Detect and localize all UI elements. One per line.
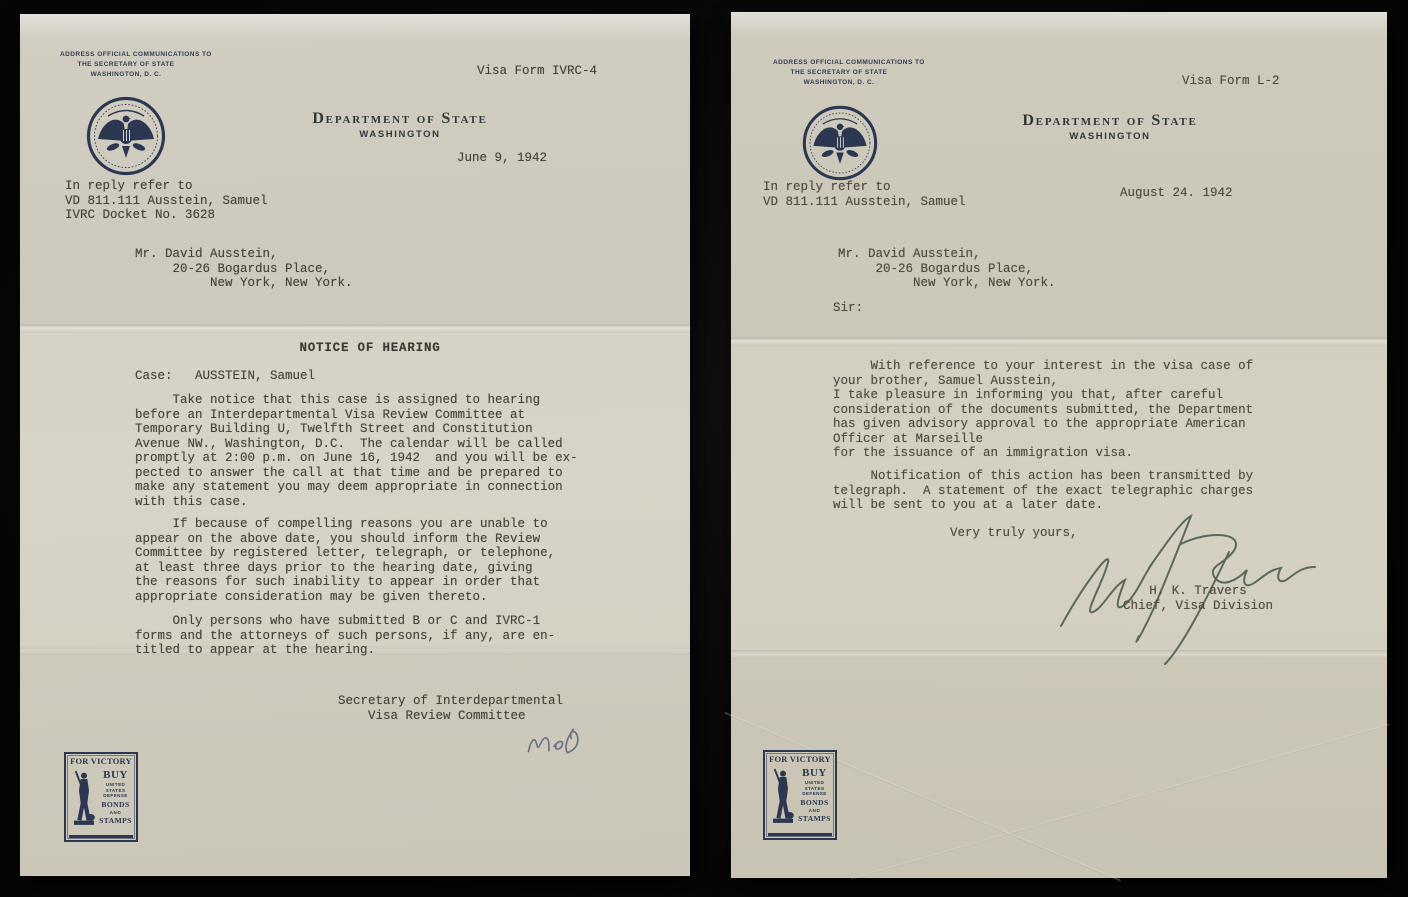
stamp-and: AND <box>99 810 132 815</box>
reference-block: In reply refer to VD 811.111 Ausstein, S… <box>65 179 268 223</box>
victory-stamp: FOR VICTORY BUY UNITED STATES DEFENSE BO… <box>763 750 837 840</box>
stamp-buy: BUY <box>99 769 132 781</box>
body-paragraph: If because of compelling reasons you are… <box>135 517 555 604</box>
masthead: Department of State WASHINGTON <box>275 110 525 142</box>
notice-heading: NOTICE OF HEARING <box>135 341 605 356</box>
diagonal-crease <box>851 724 1390 880</box>
corner-line: ADDRESS OFFICIAL COMMUNICATIONS TO <box>60 50 192 60</box>
fold-crease <box>731 337 1387 346</box>
department-heading: Department of State <box>275 110 525 127</box>
fold-crease <box>20 324 690 333</box>
corner-line: WASHINGTON, D. C. <box>60 70 192 80</box>
stamp-text-column: BUY UNITED STATES DEFENSE BONDS AND STAM… <box>99 769 132 825</box>
victory-stamp: FOR VICTORY BUY UNITED STATES DEFENSE BO… <box>64 752 138 842</box>
signer-block: H. K. Travers Chief, Visa Division <box>1078 584 1318 613</box>
stamp-small-lines: UNITED STATES DEFENSE <box>99 782 132 799</box>
minuteman-icon <box>768 765 798 829</box>
stamp-bottom-bar <box>69 835 133 839</box>
reference-block: In reply refer to VD 811.111 Ausstein, S… <box>763 180 966 209</box>
body-paragraph: Only persons who have submitted B or C a… <box>135 614 555 658</box>
letter-date: August 24. 1942 <box>1120 186 1233 201</box>
stamp-title: FOR VICTORY <box>66 756 136 766</box>
visa-form-label: Visa Form L-2 <box>1182 74 1280 89</box>
body-paragraph: Take notice that this case is assigned t… <box>135 393 578 509</box>
handwritten-initials-icon <box>520 719 592 765</box>
stamp-bottom-bar <box>768 833 832 837</box>
corner-line: THE SECRETARY OF STATE <box>60 60 192 70</box>
corner-address-block: ADDRESS OFFICIAL COMMUNICATIONS TO THE S… <box>60 50 192 80</box>
case-line: Case: AUSSTEIN, Samuel <box>135 369 315 384</box>
photo-background: ADDRESS OFFICIAL COMMUNICATIONS TO THE S… <box>0 0 1408 897</box>
salutation: Sir: <box>833 301 863 316</box>
stamp-text-column: BUY UNITED STATES DEFENSE BONDS AND STAM… <box>798 767 831 823</box>
stamp-small-lines: UNITED STATES DEFENSE <box>798 780 831 797</box>
corner-line: WASHINGTON, D. C. <box>773 78 905 88</box>
recipient-address: Mr. David Ausstein, 20-26 Bogardus Place… <box>838 247 1056 291</box>
letter-page-left: ADDRESS OFFICIAL COMMUNICATIONS TO THE S… <box>20 14 690 876</box>
corner-line: ADDRESS OFFICIAL COMMUNICATIONS TO <box>773 58 905 68</box>
letter-date: June 9, 1942 <box>457 151 547 166</box>
signer-name: H. K. Travers <box>1078 584 1318 599</box>
department-heading: Department of State <box>985 112 1235 129</box>
corner-address-block: ADDRESS OFFICIAL COMMUNICATIONS TO THE S… <box>773 58 905 88</box>
washington-heading: WASHINGTON <box>275 127 525 142</box>
letter-page-right: ADDRESS OFFICIAL COMMUNICATIONS TO THE S… <box>731 12 1387 878</box>
great-seal-icon <box>801 104 879 182</box>
great-seal-icon <box>85 95 167 177</box>
stamp-and: AND <box>798 808 831 813</box>
stamp-stamps: STAMPS <box>99 816 132 825</box>
stamp-title: FOR VICTORY <box>765 754 835 764</box>
washington-heading: WASHINGTON <box>985 129 1235 144</box>
signer-title: Chief, Visa Division <box>1078 599 1318 614</box>
stamp-bonds: BONDS <box>798 798 831 807</box>
masthead: Department of State WASHINGTON <box>985 112 1235 144</box>
stamp-stamps: STAMPS <box>798 814 831 823</box>
corner-line: THE SECRETARY OF STATE <box>773 68 905 78</box>
stamp-bonds: BONDS <box>99 800 132 809</box>
visa-form-label: Visa Form IVRC-4 <box>477 64 597 79</box>
recipient-address: Mr. David Ausstein, 20-26 Bogardus Place… <box>135 247 353 291</box>
stamp-buy: BUY <box>798 767 831 779</box>
body-paragraph: Notification of this action has been tra… <box>833 469 1253 513</box>
body-paragraph: With reference to your interest in the v… <box>833 359 1253 461</box>
minuteman-icon <box>69 767 99 831</box>
